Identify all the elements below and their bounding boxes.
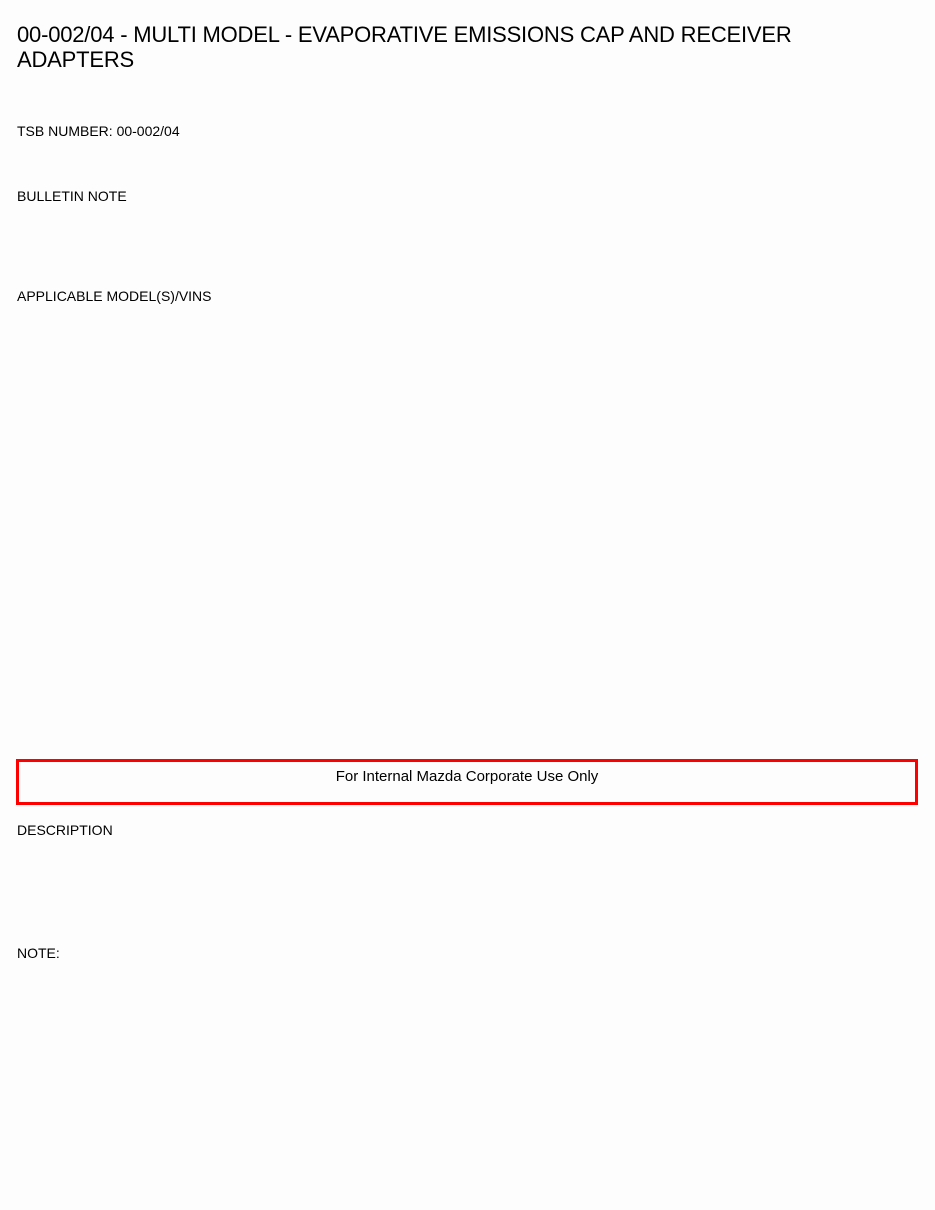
internal-use-notice-text: For Internal Mazda Corporate Use Only [19,762,915,786]
page-title: 00-002/04 - MULTI MODEL - EVAPORATIVE EM… [17,22,897,72]
bulletin-note-heading: BULLETIN NOTE [17,188,127,204]
note-heading: NOTE: [17,945,60,961]
tsb-number: TSB NUMBER: 00-002/04 [17,123,180,139]
description-heading: DESCRIPTION [17,822,113,838]
applicable-models-heading: APPLICABLE MODEL(S)/VINS [17,288,212,304]
internal-use-notice: For Internal Mazda Corporate Use Only [16,759,918,805]
